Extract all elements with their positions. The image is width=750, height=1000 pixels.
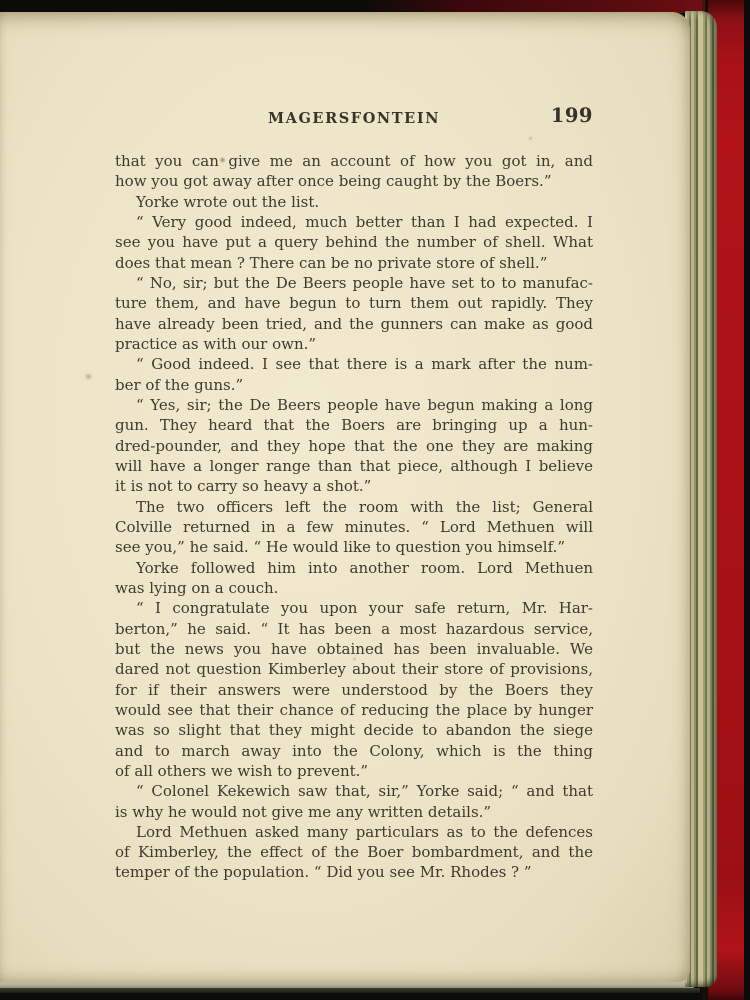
bottom-edge-line — [0, 988, 700, 993]
text-line: temper of the population. “ Did you see … — [115, 862, 593, 882]
text-block: that you can give me an account of how y… — [115, 151, 593, 883]
text-line: gun. They heard that the Boers are bring… — [115, 415, 593, 435]
text-line: Yorke followed him into another room. Lo… — [115, 558, 593, 578]
text-line: is why he would not give me any written … — [115, 802, 593, 822]
text-line: see you have put a query behind the numb… — [115, 232, 593, 252]
text-line: dred-pounder, and they hope that the one… — [115, 436, 593, 456]
text-line: would see that their chance of reducing … — [115, 700, 593, 720]
book-scan: MAGERSFONTEIN 199 that you can give me a… — [0, 0, 750, 1000]
text-line: that you can give me an account of how y… — [115, 151, 593, 171]
text-line: will have a longer range than that piece… — [115, 456, 593, 476]
paper-speck — [84, 373, 93, 380]
text-line: and to march away into the Colony, which… — [115, 741, 593, 761]
text-line: “ Yes, sir; the De Beers people have beg… — [115, 395, 593, 415]
text-line: see you,” he said. “ He would like to qu… — [115, 537, 593, 557]
text-line: for if their answers were understood by … — [115, 680, 593, 700]
running-header: MAGERSFONTEIN 199 — [115, 104, 593, 130]
paper-speck — [528, 136, 533, 141]
text-line: of Kimberley, the effect of the Boer bom… — [115, 842, 593, 862]
text-line: how you got away after once being caught… — [115, 171, 593, 191]
text-line: Yorke wrote out the list. — [115, 192, 593, 212]
chapter-title: MAGERSFONTEIN — [115, 110, 593, 127]
paper-speck — [219, 157, 226, 163]
text-line: does that mean ? There can be no private… — [115, 253, 593, 273]
page-number: 199 — [551, 104, 593, 127]
text-line: it is not to carry so heavy a shot.” — [115, 476, 593, 496]
text-line: have already been tried, and the gunners… — [115, 314, 593, 334]
text-line: “ Very good indeed, much better than I h… — [115, 212, 593, 232]
text-line: ber of the guns.” — [115, 375, 593, 395]
text-line: was so slight that they might decide to … — [115, 720, 593, 740]
text-line: of all others we wish to prevent.” — [115, 761, 593, 781]
text-line: Colville returned in a few minutes. “ Lo… — [115, 517, 593, 537]
text-line: “ No, sir; but the De Beers people have … — [115, 273, 593, 293]
text-line: dared not question Kimberley about their… — [115, 659, 593, 679]
text-line: “ Good indeed. I see that there is a mar… — [115, 354, 593, 374]
text-line: “ I congratulate you upon your safe retu… — [115, 598, 593, 618]
text-line: ture them, and have begun to turn them o… — [115, 293, 593, 313]
text-line: practice as with our own.” — [115, 334, 593, 354]
text-line: Lord Methuen asked many particulars as t… — [115, 822, 593, 842]
text-line: The two officers left the room with the … — [115, 497, 593, 517]
text-line: “ Colonel Kekewich saw that, sir,” Yorke… — [115, 781, 593, 801]
paper-speck — [352, 657, 357, 661]
book-page: MAGERSFONTEIN 199 that you can give me a… — [0, 12, 690, 982]
text-line: berton,” he said. “ It has been a most h… — [115, 619, 593, 639]
text-line: was lying on a couch. — [115, 578, 593, 598]
